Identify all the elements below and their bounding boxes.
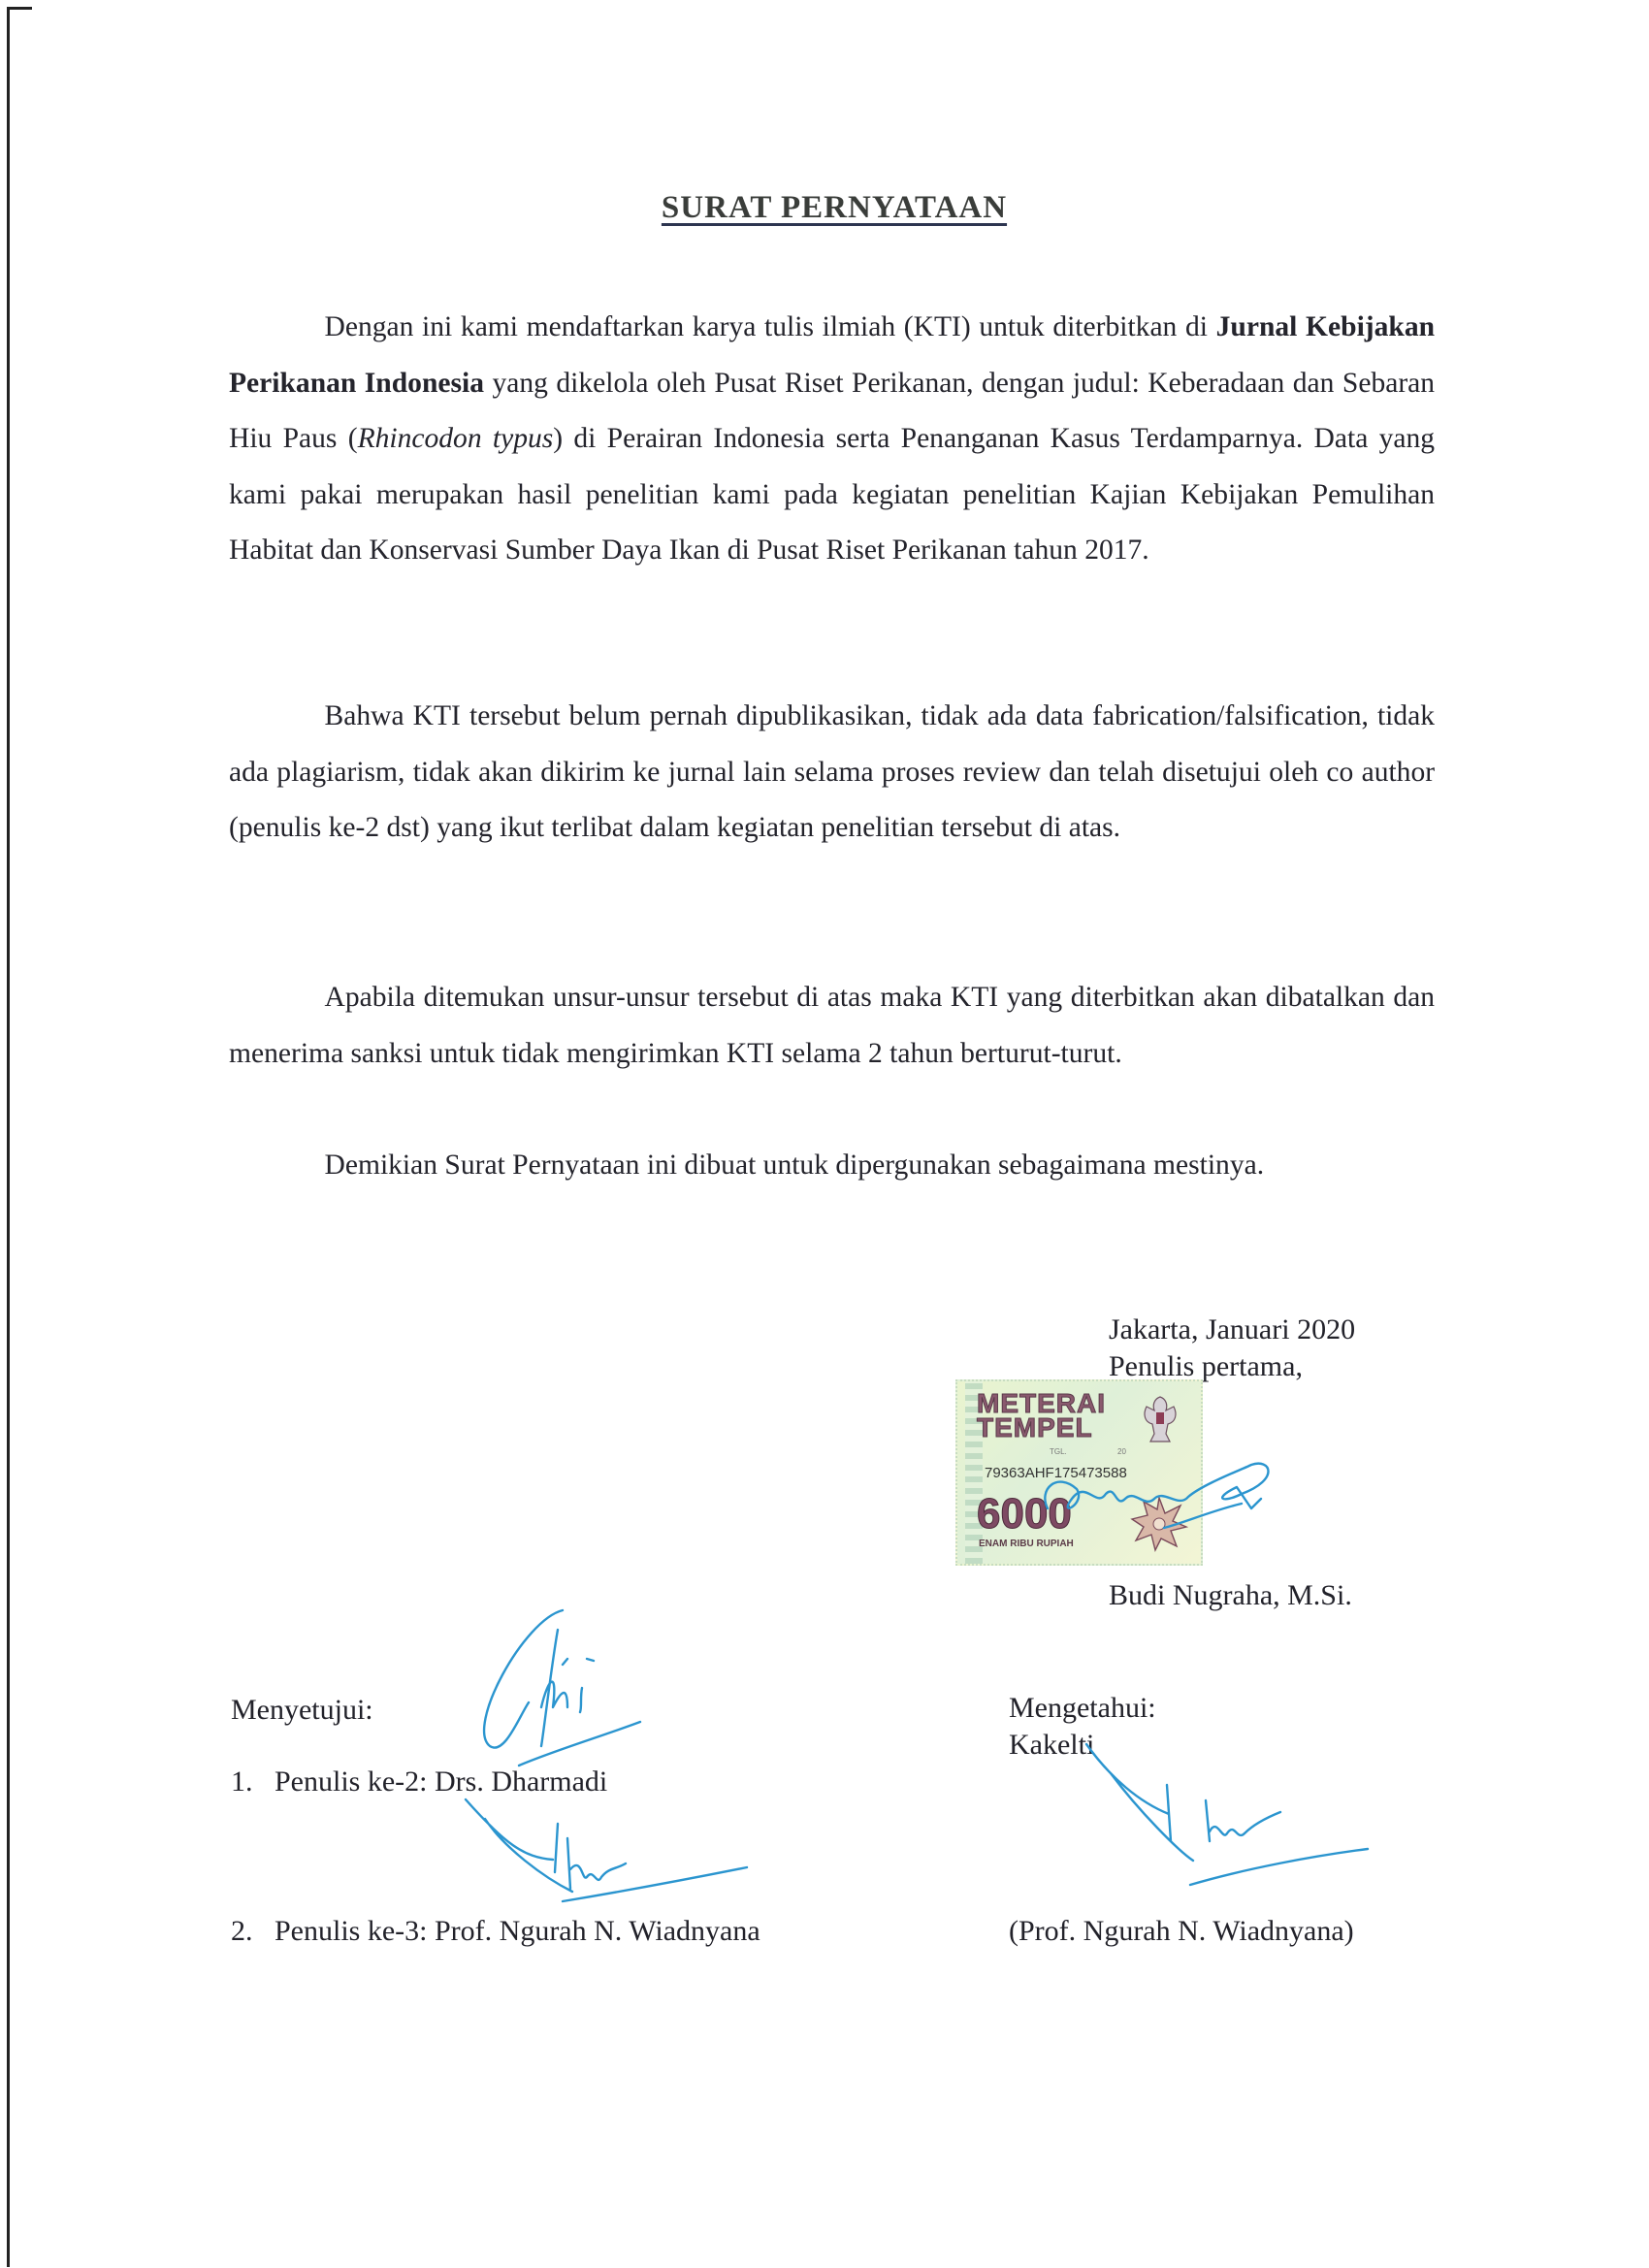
place-date: Jakarta, Januari 2020 [1109, 1312, 1355, 1348]
approval-item-1-text: Penulis ke-2: Drs. Dharmadi [275, 1766, 607, 1798]
paragraph-sanction: Apabila ditemukan unsur-unsur tersebut d… [229, 969, 1435, 1081]
second-author-signature [466, 1601, 679, 1766]
approval-item-1-number: 1. [231, 1766, 253, 1798]
garuda-emblem-icon [1137, 1391, 1183, 1449]
acknowledgement-label: Mengetahui: [1009, 1690, 1156, 1727]
scan-border-left [7, 7, 10, 2267]
stamp-heading: METERAITEMPEL [977, 1391, 1106, 1440]
paragraph-closing: Demikian Surat Pernyataan ini dibuat unt… [229, 1137, 1435, 1193]
document-title-text: SURAT PERNYATAAN [662, 190, 1007, 225]
acknowledgement-name: (Prof. Ngurah N. Wiadnyana) [1009, 1913, 1354, 1950]
approval-item-2-text: Penulis ke-3: Prof. Ngurah N. Wiadnyana [275, 1915, 760, 1947]
approval-item-2-number: 2. [231, 1915, 253, 1947]
third-author-signature [466, 1799, 776, 1906]
p1-intro: Dengan ini kami mendaftarkan karya tulis… [325, 310, 1216, 342]
head-of-department-signature [1082, 1744, 1392, 1890]
approval-label: Menyetujui: [231, 1692, 373, 1729]
paragraph-originality: Bahwa KTI tersebut belum pernah dipublik… [229, 688, 1435, 856]
document-title: SURAT PERNYATAAN [0, 190, 1649, 226]
paragraph-registration: Dengan ini kami mendaftarkan karya tulis… [229, 299, 1435, 578]
approval-item-1: 1. Penulis ke-2: Drs. Dharmadi [231, 1764, 607, 1800]
first-author-signature [1018, 1450, 1339, 1557]
first-author-name: Budi Nugraha, M.Si. [1109, 1577, 1352, 1614]
scan-border-top [7, 7, 32, 10]
approval-item-2: 2. Penulis ke-3: Prof. Ngurah N. Wiadnya… [231, 1913, 760, 1950]
species-name: Rhincodon typus [358, 422, 554, 454]
stamp-line2: TEMPEL [977, 1415, 1106, 1440]
